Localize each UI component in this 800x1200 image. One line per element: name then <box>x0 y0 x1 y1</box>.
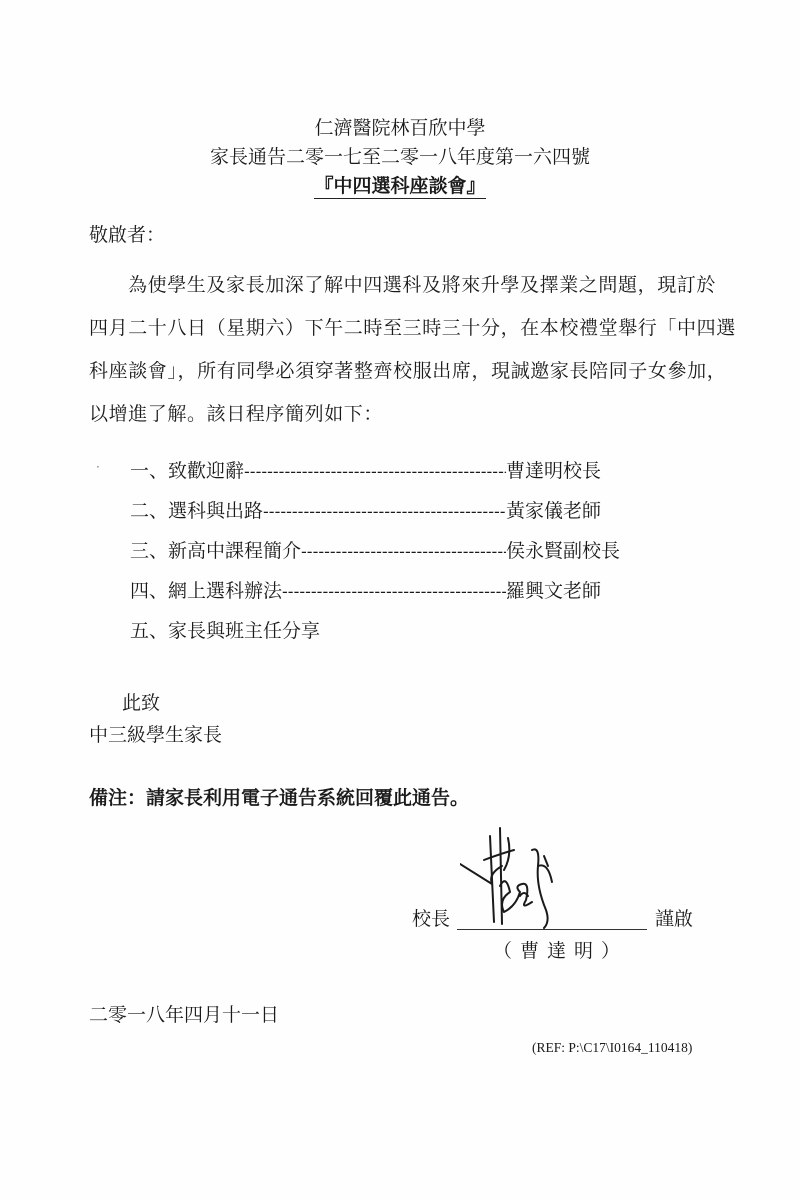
programme-title: 選科與出路 <box>168 496 263 523</box>
reference-code: (REF: P:\C17\I0164_110418) <box>532 1040 692 1056</box>
programme-number: 四、 <box>130 576 168 603</box>
programme-speaker: 曹達明校長 <box>506 456 601 483</box>
programme-item: 四、 網上選科辦法 ------------------------------… <box>130 576 601 603</box>
programme-speaker: 黃家儀老師 <box>506 496 601 523</box>
handwritten-signature <box>460 826 580 930</box>
signature-closing: 謹啟 <box>655 904 693 931</box>
programme-title: 網上選科辦法 <box>168 576 282 603</box>
programme-speaker: 羅興文老師 <box>506 576 601 603</box>
recipient: 中三級學生家長 <box>89 720 222 747</box>
paragraph-line: 為使學生及家長加深了解中四選科及將來升學及擇業之問題，現訂於 <box>128 270 716 297</box>
paragraph-line: 科座談會」，所有同學必須穿著整齊校服出席，現誠邀家長陪同子女參加， <box>89 356 726 383</box>
dotted-leader: ----------------------------------------… <box>282 582 506 601</box>
programme-item: 二、 選科與出路 -------------------------------… <box>130 496 601 523</box>
programme-number: 一、 <box>130 456 168 483</box>
notice-title: 『中四選科座談會』 <box>0 171 800 198</box>
programme-item: 一、 致歡迎辭 --------------------------------… <box>130 456 601 483</box>
programme-speaker: 侯永賢副校長 <box>506 536 620 563</box>
programme-item: 五、 家長與班主任分享 <box>130 616 320 643</box>
principal-label: 校長 <box>412 904 450 931</box>
notice-date: 二零一八年四月十一日 <box>89 1000 279 1027</box>
remark: 備注：請家長利用電子通告系統回覆此通告。 <box>89 783 469 810</box>
greeting: 敬啟者： <box>89 220 165 247</box>
school-name: 仁濟醫院林百欣中學 <box>0 113 800 140</box>
dotted-leader: ----------------------------------------… <box>244 462 506 481</box>
programme-item: 三、 新高中課程簡介 -----------------------------… <box>130 536 620 563</box>
notice-title-text: 『中四選科座談會』 <box>314 175 485 199</box>
programme-title: 新高中課程簡介 <box>168 536 301 563</box>
paragraph-line: 四月二十八日（星期六）下午二時至三時三十分，在本校禮堂舉行「中四選 <box>89 313 736 340</box>
dotted-leader: ----------------------------------------… <box>263 502 506 521</box>
programme-number: 五、 <box>130 616 168 643</box>
principal-name: （曹達明） <box>493 936 628 963</box>
paragraph-line: 以增進了解。該日程序簡列如下： <box>89 399 383 426</box>
programme-number: 三、 <box>130 536 168 563</box>
programme-title: 家長與班主任分享 <box>168 616 320 643</box>
signature-line <box>457 929 647 930</box>
notice-number: 家長通告二零一七至二零一八年度第一六四號 <box>0 142 800 169</box>
notice-page: 仁濟醫院林百欣中學 家長通告二零一七至二零一八年度第一六四號 『中四選科座談會』… <box>0 0 800 1200</box>
programme-number: 二、 <box>130 496 168 523</box>
scan-dot: · <box>96 460 100 474</box>
programme-title: 致歡迎辭 <box>168 456 244 483</box>
closing-salutation: 此致 <box>122 688 160 715</box>
dotted-leader: ----------------------------------------… <box>301 542 506 561</box>
